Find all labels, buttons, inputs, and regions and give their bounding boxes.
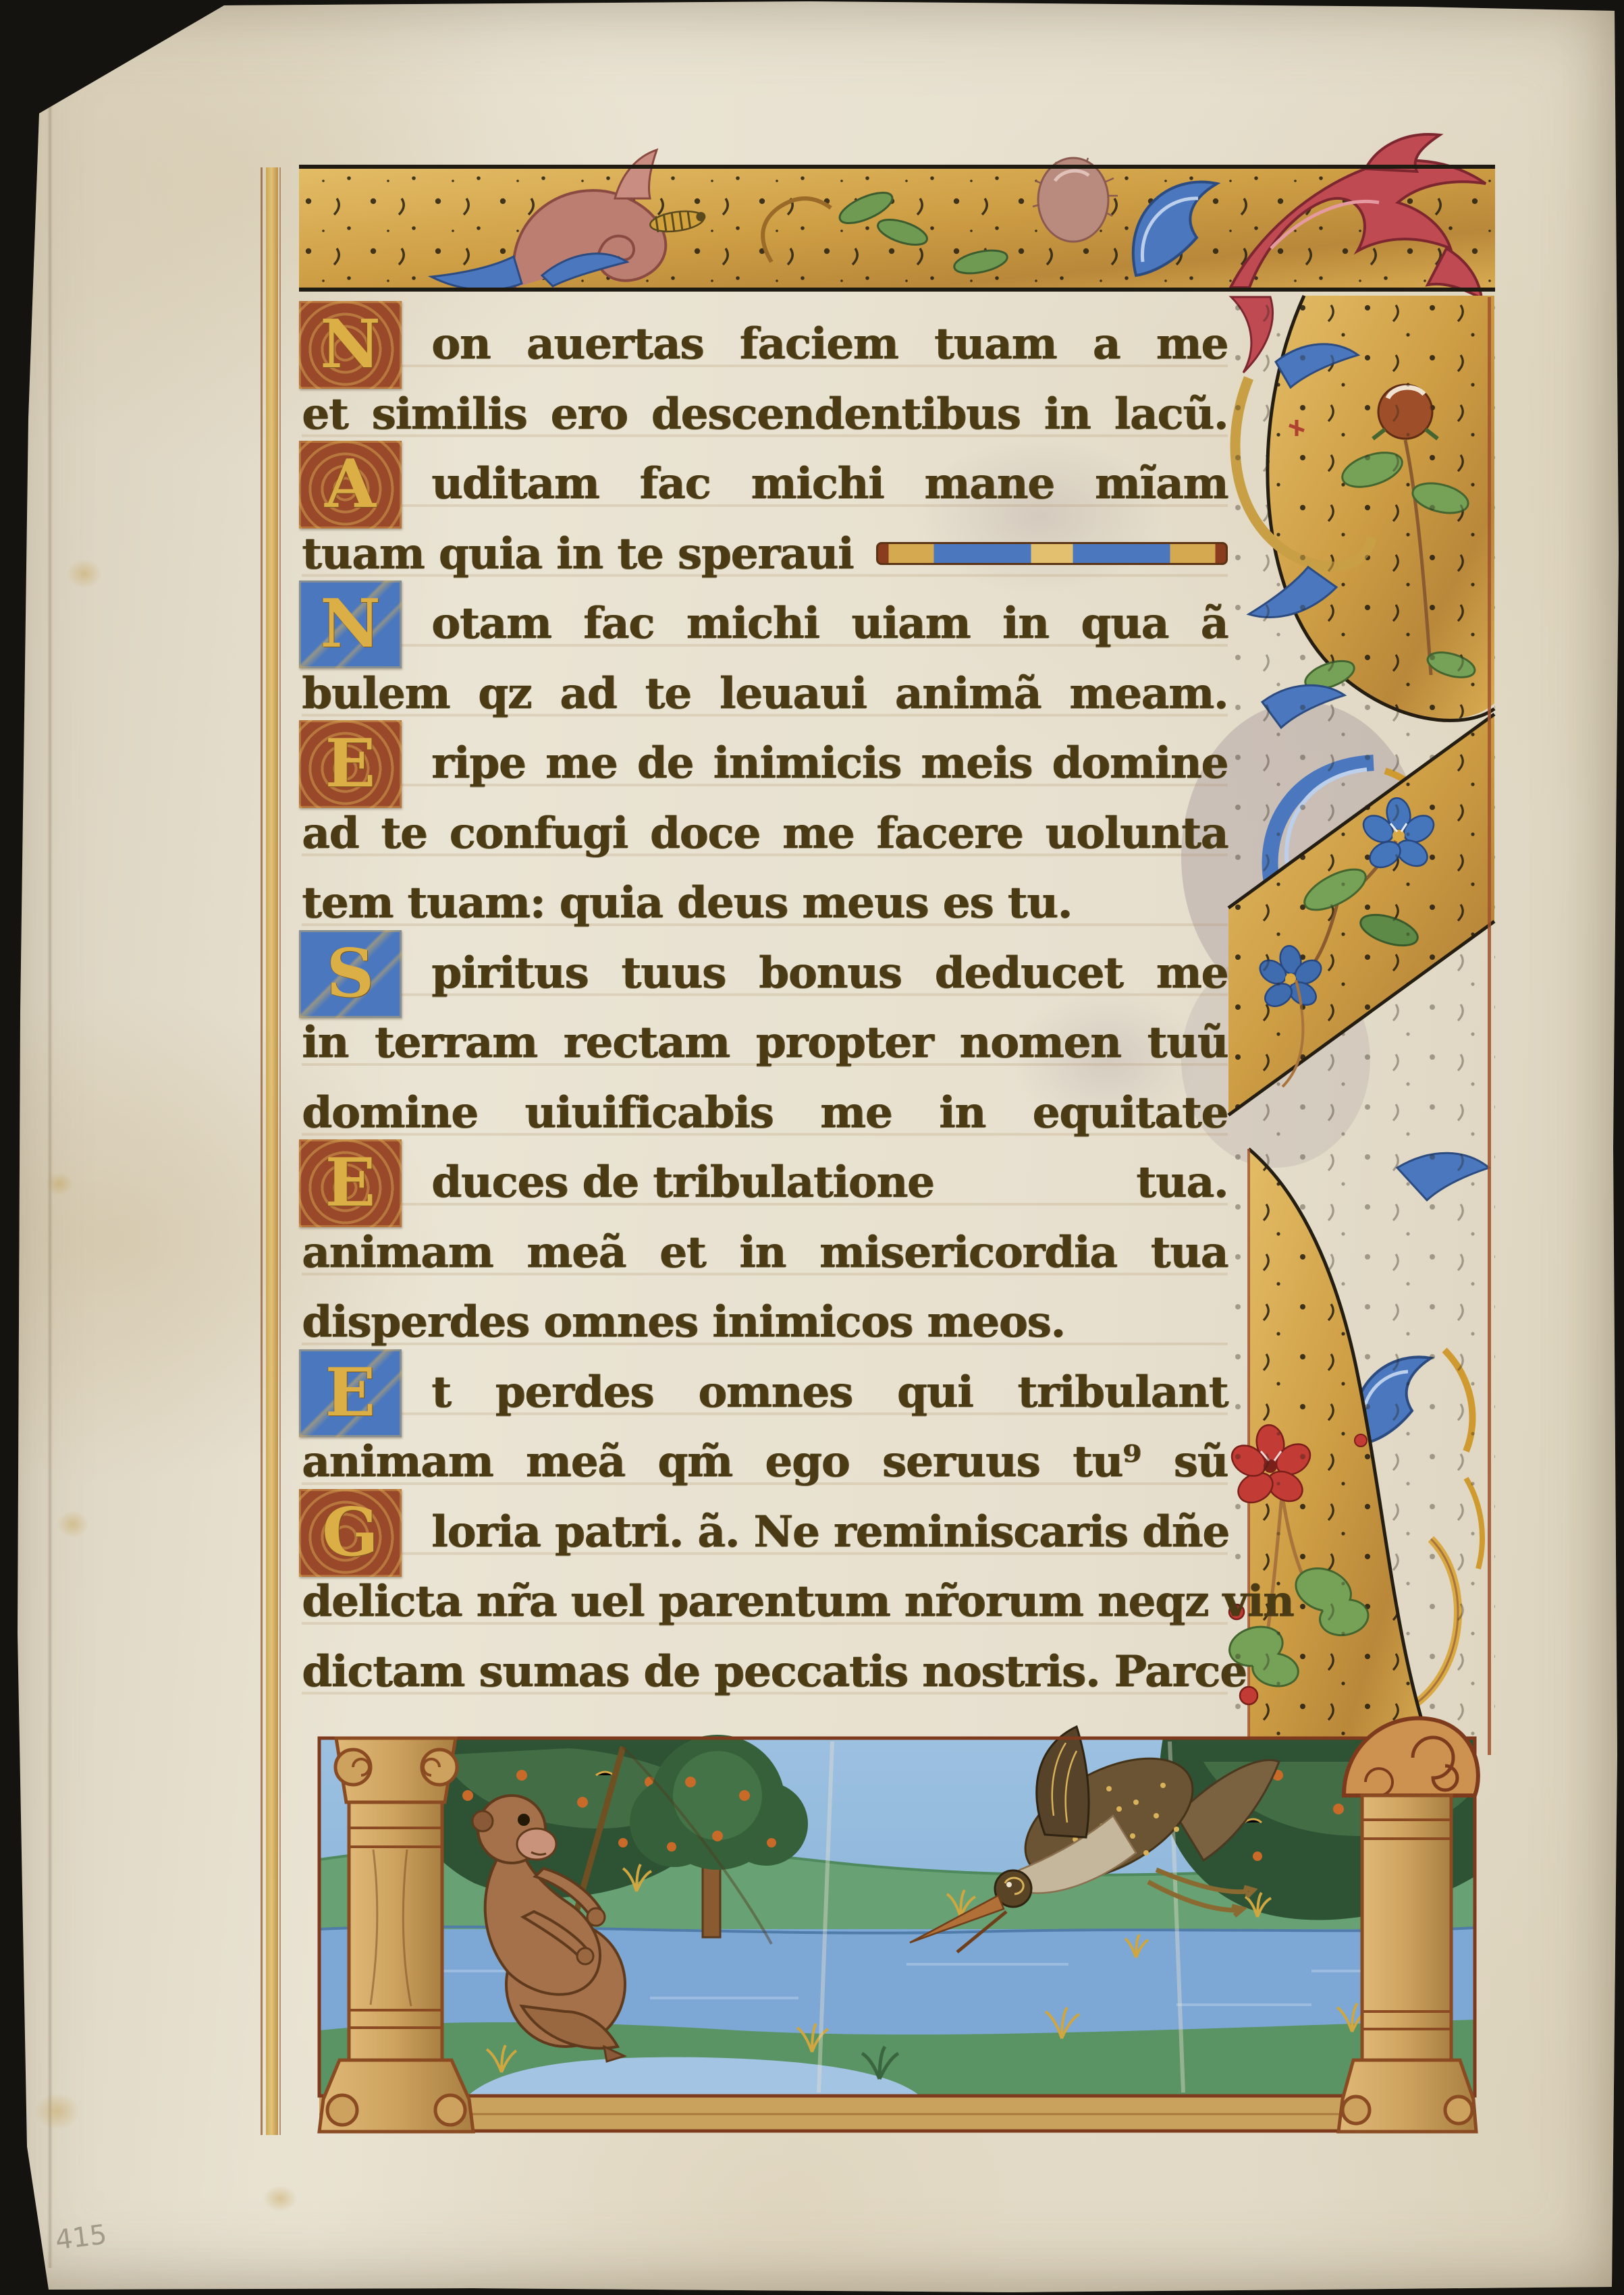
line-text: ad te confugi doce me facere uolunta <box>302 808 1228 859</box>
text-line: E duces de tribulatione tua. <box>302 1147 1228 1218</box>
parchment-stain <box>27 2086 88 2137</box>
line-text: uditam fac michi mane mĩam <box>431 458 1228 509</box>
vertical-ruling-line <box>261 167 263 2135</box>
text-line: A uditam fac michi mane mĩam <box>302 449 1228 519</box>
vertical-ruling-line <box>279 167 281 2135</box>
illuminated-initial: E <box>299 1139 402 1227</box>
line-text: bulem qz ad te leuaui animã meam. <box>302 668 1228 719</box>
text-line: E t perdes omnes qui tribulant <box>302 1357 1228 1428</box>
panel-edge-rule <box>1488 297 1491 1755</box>
line-text-right: tua. <box>1136 1147 1228 1218</box>
text-line: animam meã et in misericordia tua <box>302 1218 1228 1288</box>
psalm-text-block: N on auertas faciem tuam a me et similis… <box>302 309 1228 1706</box>
text-line: bulem qz ad te leuaui animã meam. <box>302 659 1228 729</box>
plinth-band <box>319 2096 1475 2131</box>
border-frame-line <box>299 288 1495 292</box>
text-line: G loria patri. ã. Ne reminiscaris dñe <box>302 1497 1228 1567</box>
text-line: N on auertas faciem tuam a me <box>302 309 1228 379</box>
text-line: tem tuam: quia deus meus es tu. <box>302 868 1228 938</box>
text-line: N otam fac michi uiam in qua ã <box>302 589 1228 659</box>
bas-de-page-miniature <box>299 1714 1495 2153</box>
illuminated-initial: A <box>299 441 402 529</box>
manuscript-photo: { "page": { "pencil_mark": "415" }, "man… <box>0 0 1624 2295</box>
text-line: S piritus tuus bonus deducet me <box>302 938 1228 1008</box>
line-text: tuam quia in te speraui <box>302 519 853 589</box>
line-filler-ornament <box>876 542 1228 565</box>
parchment-stain <box>256 2180 304 2217</box>
line-text: animam meã qm̃ ego seruus tu⁹ sũ <box>302 1436 1228 1487</box>
line-text: delicta nr̃a uel parentum nr̃orum neqz v… <box>302 1576 1293 1627</box>
text-line: animam meã qm̃ ego seruus tu⁹ sũ <box>302 1427 1228 1497</box>
line-text: ripe me de inimicis meis domine <box>431 738 1228 788</box>
text-line: et similis ero descendentibus in lacũ. <box>302 379 1228 450</box>
line-text: dictam sumas de peccatis nostris. Parce <box>302 1646 1247 1697</box>
foliation-pencil-mark: 415 <box>53 2219 108 2257</box>
line-text: on auertas faciem tuam a me <box>431 319 1228 369</box>
parchment-stain <box>40 1168 78 1200</box>
parchment-crease <box>47 101 53 2268</box>
line-text: duces de tribulatione <box>431 1147 934 1218</box>
pen-dots <box>1228 297 1495 1755</box>
illuminated-initial: S <box>299 930 402 1018</box>
text-line: dictam sumas de peccatis nostris. Parce <box>302 1637 1228 1707</box>
illuminated-initial: E <box>299 720 402 808</box>
line-text: in terram rectam propter nomen tuũ <box>302 1017 1228 1068</box>
vertical-gold-rule <box>266 167 278 2135</box>
border-frame-line <box>299 165 1495 169</box>
text-line: domine uiuificabis me in equitate <box>302 1078 1228 1148</box>
text-line: tuam quia in te speraui <box>302 519 1228 589</box>
line-text: et similis ero descendentibus in lacũ. <box>302 389 1228 439</box>
line-text: piritus tuus bonus deducet me <box>431 948 1228 998</box>
line-text: loria patri. ã. Ne reminiscaris dñe <box>431 1507 1229 1557</box>
line-text: domine uiuificabis me in equitate <box>302 1087 1228 1138</box>
illuminated-initial: N <box>299 301 402 389</box>
parchment-stain <box>61 553 108 594</box>
illuminated-initial: G <box>299 1489 402 1577</box>
line-text: tem tuam: quia deus meus es tu. <box>302 878 1072 928</box>
right-border-illumination <box>1228 297 1495 1755</box>
line-text: animam meã et in misericordia tua <box>302 1227 1228 1278</box>
line-text: otam fac michi uiam in qua ã <box>431 598 1228 649</box>
parchment-stain <box>51 1505 94 1543</box>
text-line: disperdes omnes inimicos meos. <box>302 1287 1228 1357</box>
illuminated-initial: N <box>299 580 402 668</box>
parchment-leaf: N on auertas faciem tuam a me et similis… <box>0 0 1624 2295</box>
line-text: disperdes omnes inimicos meos. <box>302 1297 1065 1347</box>
text-line: delicta nr̃a uel parentum nr̃orum neqz v… <box>302 1567 1228 1637</box>
line-text: t perdes omnes qui tribulant <box>431 1367 1228 1417</box>
top-border-illumination <box>299 140 1495 319</box>
text-line: E ripe me de inimicis meis domine <box>302 728 1228 799</box>
illuminated-initial: E <box>299 1349 402 1437</box>
text-line: in terram rectam propter nomen tuũ <box>302 1008 1228 1078</box>
text-line: ad te confugi doce me facere uolunta <box>302 799 1228 869</box>
